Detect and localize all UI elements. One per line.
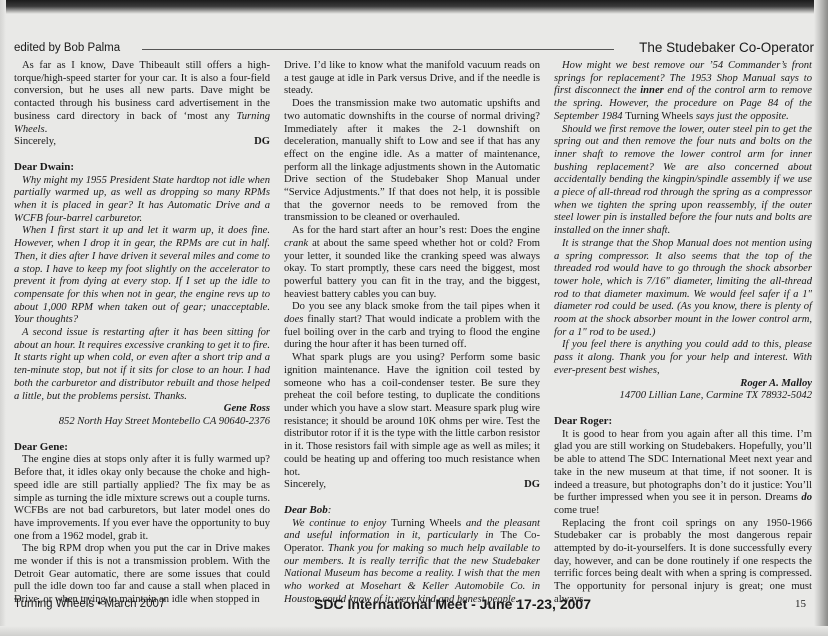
reply-paragraph: Does the transmission make two automatic… (284, 98, 540, 225)
letter-paragraph: We continue to enjoy Turning Wheels and … (284, 518, 540, 607)
magazine-page: edited by Bob Palma The Studebaker Co-Op… (14, 40, 814, 630)
reply-paragraph: The engine dies at stops only after it i… (14, 454, 270, 543)
letter-sender-name: Roger A. Malloy (554, 378, 812, 391)
page-number: 15 (795, 598, 806, 610)
reply-paragraph: Do you see any black smoke from the tail… (284, 301, 540, 352)
letter-salutation: Dear Dwain: (14, 161, 270, 174)
reply-paragraph: It is good to hear from you again after … (554, 429, 812, 518)
letter-paragraph: Why might my 1955 President State hardto… (14, 175, 270, 226)
header-rule (142, 49, 614, 50)
column-1: As far as I know, Dave Thibeault still o… (14, 60, 270, 607)
letter-paragraph: How might we best remove our ’54 Command… (554, 60, 812, 124)
article-columns: As far as I know, Dave Thibeault still o… (14, 60, 814, 590)
reply-salutation: Dear Gene: (14, 441, 270, 454)
letter-sender-address: 852 North Hay Street Montebello CA 90640… (14, 416, 270, 429)
signature-initials: DG (254, 136, 270, 149)
page-footer: Turning Wheels • March 2007 SDC Internat… (14, 596, 814, 614)
editor-credit: edited by Bob Palma (14, 42, 120, 54)
reply-paragraph: As for the hard start after an hour’s re… (284, 225, 540, 301)
column-3: How might we best remove our ’54 Command… (554, 60, 812, 607)
signature-line: Sincerely,DG (14, 136, 270, 149)
paragraph: As far as I know, Dave Thibeault still o… (14, 60, 270, 136)
letter-paragraph: Should we first remove the lower, outer … (554, 124, 812, 238)
publication-date: Turning Wheels • March 2007 (14, 598, 165, 610)
signature-initials: DG (524, 479, 540, 492)
column-2: Drive. I’d like to know what the manifol… (284, 60, 540, 607)
letter-sender-name: Gene Ross (14, 403, 270, 416)
scan-right-shadow (814, 0, 828, 636)
reply-paragraph: What spark plugs are you using? Perform … (284, 352, 540, 479)
letter-salutation: Dear Bob: (284, 504, 540, 517)
page-header: edited by Bob Palma The Studebaker Co-Op… (14, 40, 814, 58)
scan-left-shadow (0, 0, 6, 636)
reply-paragraph: Replacing the front coil springs on any … (554, 518, 812, 607)
letter-paragraph: When I first start it up and let it warm… (14, 225, 270, 327)
letter-sender-address: 14700 Lillian Lane, Carmine TX 78932-504… (554, 390, 812, 403)
letter-paragraph: It is strange that the Shop Manual does … (554, 238, 812, 340)
letter-paragraph: If you feel there is anything you could … (554, 339, 812, 377)
reply-paragraph: Drive. I’d like to know what the manifol… (284, 60, 540, 98)
letter-paragraph: A second issue is restarting after it ha… (14, 327, 270, 403)
event-banner: SDC International Meet - June 17-23, 200… (314, 596, 591, 612)
column-title: The Studebaker Co-Operator (639, 40, 814, 55)
reply-salutation: Dear Roger: (554, 415, 812, 428)
signature-line: Sincerely,DG (284, 479, 540, 492)
scan-top-shadow (0, 0, 828, 14)
